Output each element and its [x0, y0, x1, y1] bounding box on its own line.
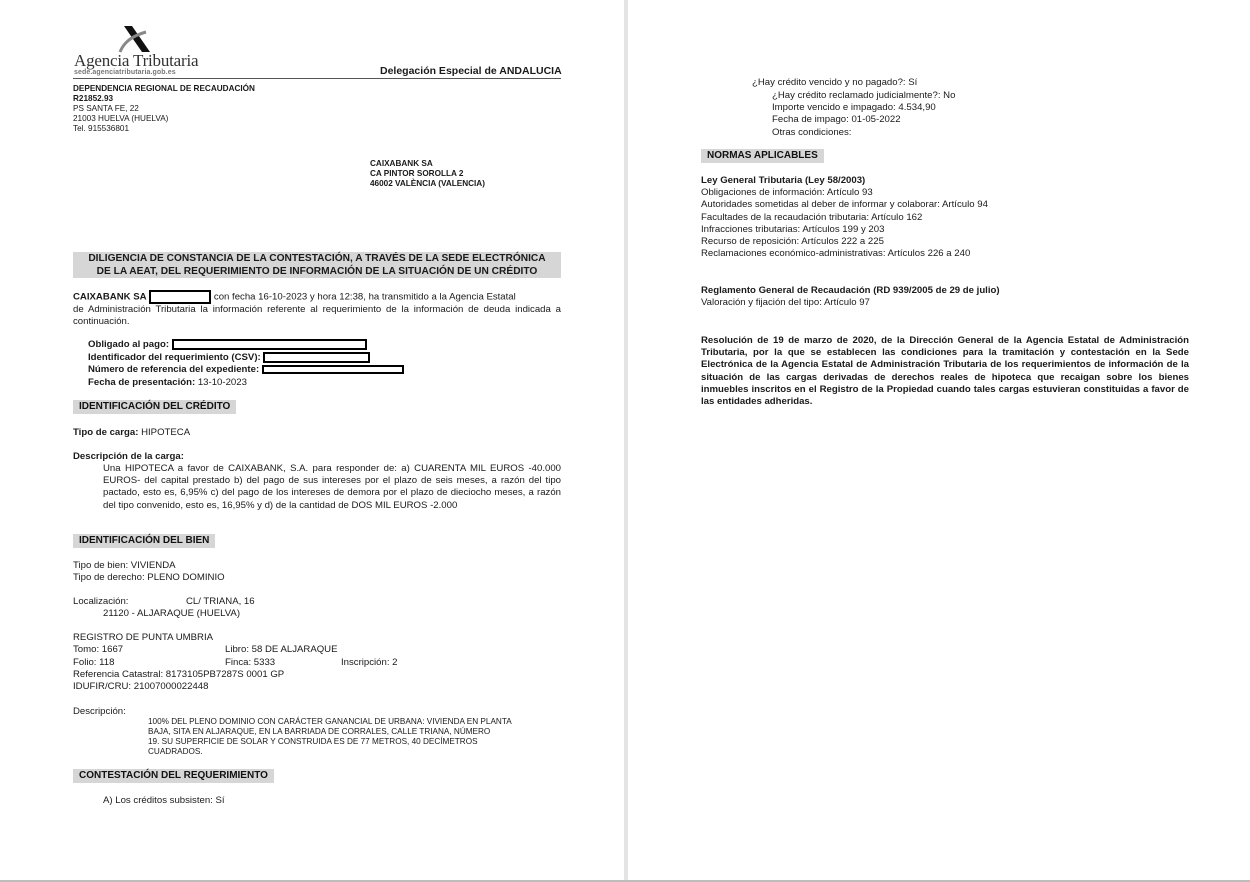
loc-label: Localización: [73, 596, 128, 608]
office-street: PS SANTA FE, 22 [73, 104, 255, 114]
section-bien: IDENTIFICACIÓN DEL BIEN [73, 534, 215, 548]
norm-item: Infracciones tributarias: Artículos 199 … [701, 224, 988, 236]
credito-vencido: ¿Hay crédito vencido y no pagado?: Sí [752, 77, 917, 89]
office-name: DEPENDENCIA REGIONAL DE RECAUDACIÓN [73, 84, 255, 94]
importe-impagado: Importe vencido e impagado: 4.534,90 [772, 102, 955, 114]
intro-text-line-1: con fecha 16-10-2023 y hora 12:38, ha tr… [214, 292, 516, 303]
norm-item: Obligaciones de información: Artículo 93 [701, 187, 988, 199]
intro-entity: CAIXABANK SA [73, 292, 147, 303]
section-credito: IDENTIFICACIÓN DEL CRÉDITO [73, 400, 236, 414]
section-contestacion: CONTESTACIÓN DEL REQUERIMIENTO [73, 769, 274, 783]
recipient-address: CAIXABANK SA CA PINTOR SOROLLA 2 46002 V… [370, 159, 485, 189]
lgt-block: Ley General Tributaria (Ley 58/2003) Obl… [701, 175, 988, 260]
idufir: IDUFIR/CRU: 21007000022448 [73, 681, 208, 693]
tipo-derecho: Tipo de derecho: PLENO DOMINIO [73, 572, 225, 584]
office-phone: Tel. 915536801 [73, 124, 255, 134]
document-page-2: ¿Hay crédito vencido y no pagado?: Sí ¿H… [628, 0, 1250, 880]
inscripcion: Inscripción: 2 [341, 657, 398, 669]
ref-catastral: Referencia Catastral: 8173105PB7287S 000… [73, 669, 284, 681]
loc-street: CL/ TRIANA, 16 [186, 596, 255, 608]
field-label-obligado: Obligado al pago: [88, 339, 169, 350]
office-city: 21003 HUELVA (HUELVA) [73, 114, 255, 124]
logo-url: sede.agenciatributaria.gob.es [74, 69, 176, 76]
tomo: Tomo: 1667 [73, 644, 123, 656]
tipo-carga-value: HIPOTECA [141, 427, 190, 438]
logo-name: Agencia Tributaria [74, 51, 198, 71]
desc-carga-text: Una HIPOTECA a favor de CAIXABANK, S.A. … [103, 463, 561, 512]
tipo-carga-label: Tipo de carga: [73, 427, 138, 438]
norm-item: Autoridades sometidas al deber de inform… [701, 199, 988, 211]
resolution-text: Resolución de 19 de marzo de 2020, de la… [701, 335, 1189, 408]
creditos-subsisten: A) Los créditos subsisten: Sí [103, 795, 225, 807]
fecha-impago: Fecha de impago: 01-05-2022 [772, 114, 955, 126]
delegation-title: Delegación Especial de ANDALUCIA [380, 65, 562, 77]
recipient-street: CA PINTOR SOROLLA 2 [370, 169, 485, 179]
redacted-nif [149, 290, 211, 304]
property-desc-line: 19. SU SUPERFICIE DE SOLAR Y CONSTRUIDA … [148, 737, 512, 747]
aeat-emblem-icon [116, 26, 156, 54]
intro-text-rest: de Administración Tributaria la informac… [73, 304, 561, 328]
norm-item: Valoración y fijación del tipo: Artículo… [701, 297, 1000, 309]
recipient-city: 46002 VALÈNCIA (VALENCIA) [370, 179, 485, 189]
tipo-bien: Tipo de bien: VIVIENDA [73, 560, 225, 572]
request-fields: Obligado al pago: Identificador del requ… [88, 339, 404, 390]
property-desc-line: CUADRADOS. [148, 747, 512, 757]
office-address: DEPENDENCIA REGIONAL DE RECAUDACIÓN R218… [73, 84, 255, 134]
norm-item: Reclamaciones económico-administrativas:… [701, 248, 988, 260]
field-label-fecha: Fecha de presentación: [88, 377, 195, 388]
norm-item: Facultades de la recaudación tributaria:… [701, 212, 988, 224]
section-normas: NORMAS APLICABLES [701, 149, 824, 163]
property-desc: 100% DEL PLENO DOMINIO CON CARÁCTER GANA… [148, 717, 512, 757]
norm-item: Recurso de reposición: Artículos 222 a 2… [701, 236, 988, 248]
loc-city: 21120 - ALJARAQUE (HUELVA) [103, 608, 240, 620]
otras-condiciones: Otras condiciones: [772, 127, 955, 139]
libro: Libro: 58 DE ALJARAQUE [225, 644, 338, 656]
intro-paragraph: CAIXABANK SA con fecha 16-10-2023 y hora… [73, 290, 561, 328]
redacted-csv [263, 352, 370, 363]
rgr-title: Reglamento General de Recaudación (RD 93… [701, 285, 1000, 297]
document-title-line-1: DILIGENCIA DE CONSTANCIA DE LA CONTESTAC… [73, 252, 561, 265]
document-title-line-2: DE LA AEAT, DEL REQUERIMIENTO DE INFORMA… [73, 265, 561, 278]
desc-carga-label: Descripción de la carga: [73, 451, 184, 463]
redacted-obligado [172, 339, 367, 350]
recipient-name: CAIXABANK SA [370, 159, 485, 169]
lgt-title: Ley General Tributaria (Ley 58/2003) [701, 175, 988, 187]
finca: Finca: 5333 [225, 657, 275, 669]
rgr-block: Reglamento General de Recaudación (RD 93… [701, 285, 1000, 309]
property-desc-line: 100% DEL PLENO DOMINIO CON CARÁCTER GANA… [148, 717, 512, 727]
reclamado-judicialmente: ¿Hay crédito reclamado judicialmente?: N… [772, 90, 955, 102]
response-details: ¿Hay crédito reclamado judicialmente?: N… [772, 90, 955, 139]
property-desc-line: BAJA, SITA EN ALJARAQUE, EN LA BARRIADA … [148, 727, 512, 737]
property-desc-label: Descripción: [73, 706, 126, 718]
office-code: R21852.93 [73, 94, 255, 104]
document-title: DILIGENCIA DE CONSTANCIA DE LA CONTESTAC… [73, 252, 561, 278]
document-page-1: Agencia Tributaria sede.agenciatributari… [0, 0, 624, 880]
folio: Folio: 118 [73, 657, 114, 669]
header-rule [73, 78, 561, 79]
field-value-fecha: 13-10-2023 [198, 377, 247, 388]
agencia-tributaria-logo: Agencia Tributaria sede.agenciatributari… [74, 26, 204, 78]
field-label-expediente: Número de referencia del expediente: [88, 364, 259, 375]
tipo-carga: Tipo de carga: HIPOTECA [73, 427, 190, 439]
field-label-csv: Identificador del requerimiento (CSV): [88, 352, 261, 363]
redacted-expediente [262, 365, 404, 374]
property-type: Tipo de bien: VIVIENDA Tipo de derecho: … [73, 560, 225, 584]
registry-name: REGISTRO DE PUNTA UMBRIA [73, 632, 213, 644]
